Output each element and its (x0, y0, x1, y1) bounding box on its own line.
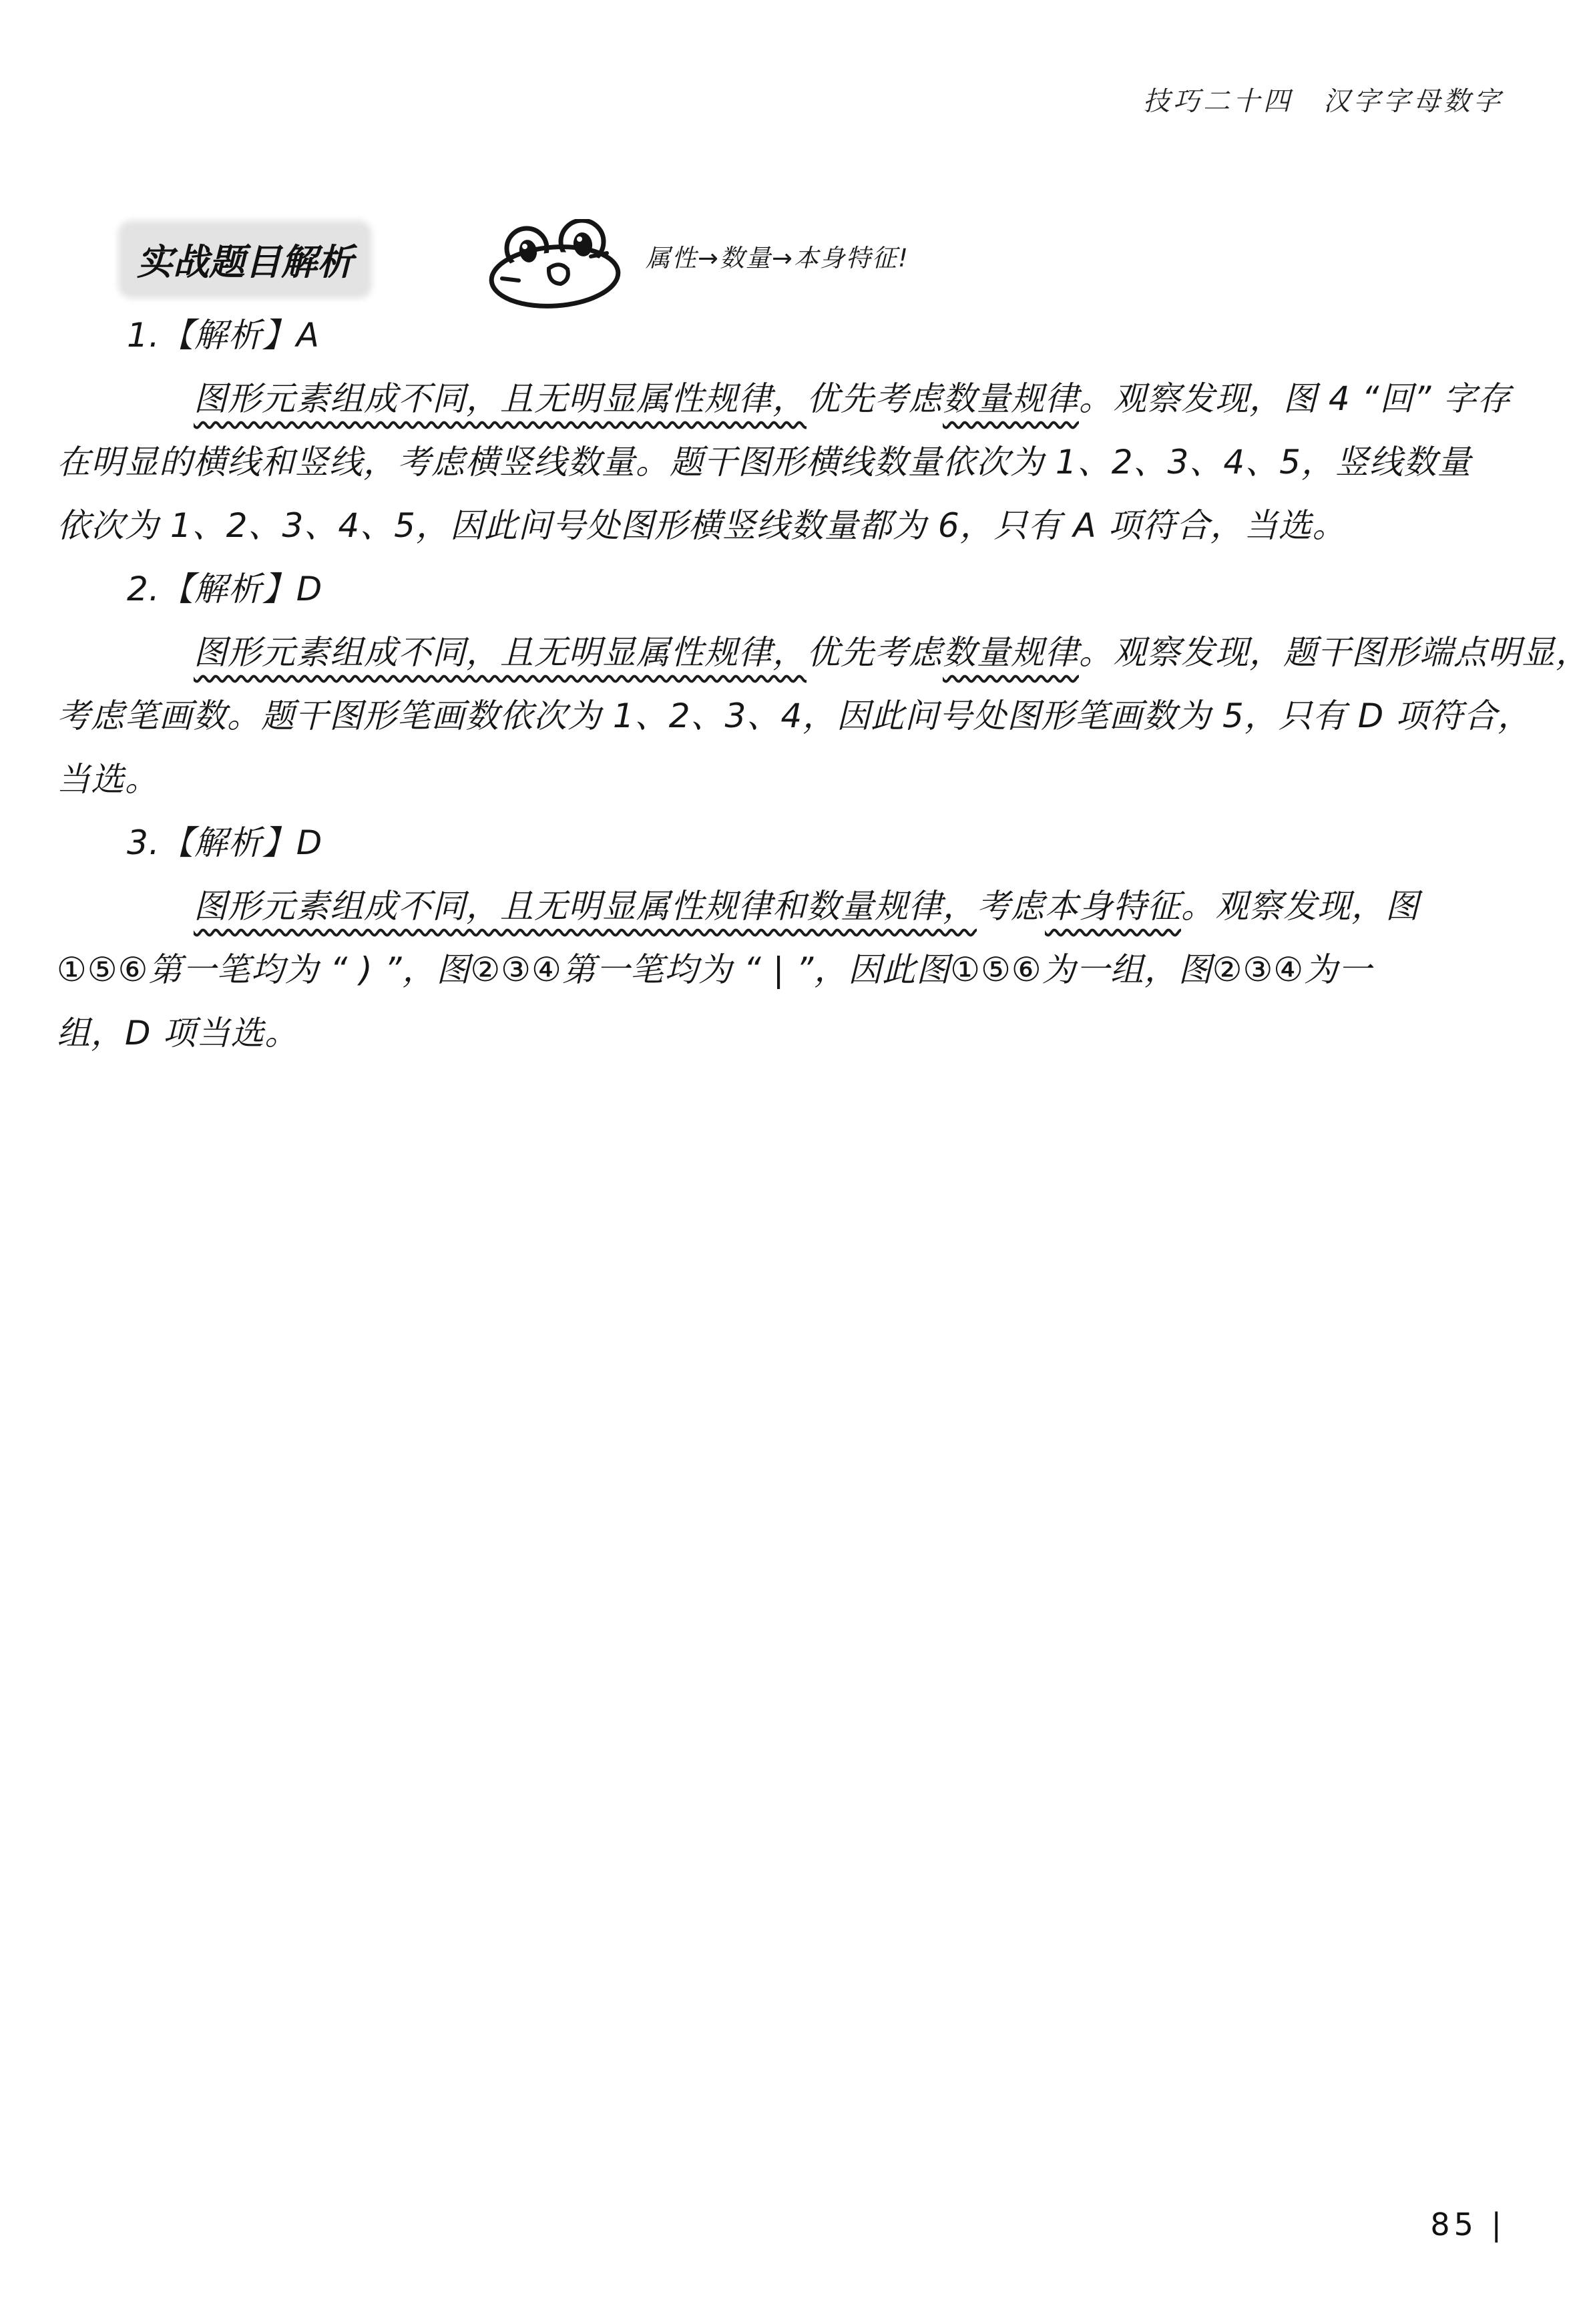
solution-1-line-1: 图形元素组成不同，且无明显属性规律，优先考虑数量规律。观察发现，图 4 “回” … (57, 367, 1547, 431)
plain-text: 。观察发现，题干图形端点明显， (1079, 633, 1590, 672)
plain-text: 优先考虑 (807, 379, 943, 418)
wavy-underlined-text: 本身特征 (1045, 887, 1181, 926)
section-title: 实战题目解析 (124, 226, 367, 293)
solution-2-line-3: 当选。 (57, 748, 1547, 811)
solution-1-heading: 1.【解析】A (57, 304, 1547, 367)
solution-1-line-2: 在明显的横线和竖线，考虑横竖线数量。题干图形横线数量依次为 1、2、3、4、5，… (57, 431, 1547, 494)
wavy-underlined-text: 图形元素组成不同，且无明显属性规律和数量规律， (194, 887, 977, 926)
solution-1-line-3: 依次为 1、2、3、4、5，因此问号处图形横竖线数量都为 6，只有 A 项符合，… (57, 494, 1547, 558)
solution-3-heading: 3.【解析】D (57, 811, 1547, 875)
solution-3-line-1: 图形元素组成不同，且无明显属性规律和数量规律，考虑本身特征。观察发现，图 (57, 875, 1547, 938)
plain-text: 考虑 (977, 887, 1045, 926)
wavy-underlined-text: 数量规律 (943, 633, 1079, 672)
page-number: 85 | (1430, 2206, 1506, 2243)
running-header: 技巧二十四 汉字字母数字 (1143, 80, 1504, 118)
handwritten-note: 属性→数量→本身特征! (646, 238, 909, 274)
solution-2-line-2: 考虑笔画数。题干图形笔画数依次为 1、2、3、4，因此问号处图形笔画数为 5，只… (57, 685, 1547, 748)
book-page: 技巧二十四 汉字字母数字 实战题目解析 (0, 0, 1591, 2324)
wavy-underlined-text: 图形元素组成不同，且无明显属性规律， (194, 633, 807, 672)
wavy-underlined-text: 图形元素组成不同，且无明显属性规律， (194, 379, 807, 418)
frog-mascot-icon (484, 219, 628, 309)
solution-2-line-1: 图形元素组成不同，且无明显属性规律，优先考虑数量规律。观察发现，题干图形端点明显… (57, 621, 1547, 685)
solution-3-line-2: ①⑤⑥第一笔均为 “ ) ”，图②③④第一笔均为 “ | ”，因此图①⑤⑥为一组… (57, 938, 1547, 1002)
plain-text: 优先考虑 (807, 633, 943, 672)
solution-3-line-3: 组，D 项当选。 (57, 1002, 1547, 1065)
solutions-content: 1.【解析】A 图形元素组成不同，且无明显属性规律，优先考虑数量规律。观察发现，… (57, 304, 1547, 1065)
solution-2-heading: 2.【解析】D (57, 558, 1547, 621)
plain-text: 。观察发现，图 (1181, 887, 1419, 926)
plain-text: 。观察发现，图 4 “回” 字存 (1079, 379, 1511, 418)
wavy-underlined-text: 数量规律 (943, 379, 1079, 418)
